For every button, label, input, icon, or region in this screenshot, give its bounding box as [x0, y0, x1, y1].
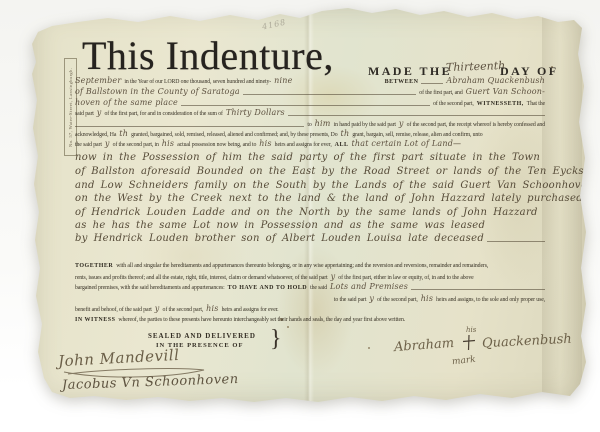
closing-brace: } — [270, 326, 282, 353]
document-line: rents, issues and profits thereof; and a… — [75, 273, 545, 282]
blank-fill-rule — [181, 104, 430, 106]
handwritten-text: th — [341, 130, 350, 139]
printed-text: in hand paid by the said part — [334, 122, 396, 128]
handwritten-text: y — [331, 273, 336, 282]
document-line: now in the Possession of him the said pa… — [75, 152, 545, 163]
printed-caps-text: TOGETHER — [75, 263, 113, 270]
spacer — [75, 300, 331, 301]
handwritten-text: him — [315, 120, 331, 129]
grantor-his-label: his — [466, 326, 476, 334]
handwritten-text: now in the Possession of him the said pa… — [75, 152, 540, 163]
printed-text: heirs and assigns for ever, — [275, 142, 332, 148]
printed-text: of the second part, — [163, 307, 204, 313]
printed-text: of the second part, the receipt whereof … — [407, 122, 545, 128]
document-line: to the said partyof the second part,hish… — [75, 295, 545, 304]
document-line: Septemberin the Year of our LORD one tho… — [75, 77, 545, 86]
handwritten-text: by Hendrick Louden brother son of Albert… — [75, 233, 484, 244]
document-line: the said partyof the second part, inhisa… — [75, 140, 545, 149]
pencil-annotation: 4168 — [261, 18, 287, 32]
printed-text: grant, bargain, sell, remise, release, a… — [352, 132, 482, 138]
grantor-first-name: Abraham — [394, 336, 455, 355]
ink-speck — [287, 326, 289, 328]
document-line: IN WITNESSwhereof, the parties to these … — [75, 317, 545, 324]
document-line: on the West by the Creek next to the lan… — [75, 193, 545, 204]
handwritten-text: y — [369, 295, 374, 304]
grantor-signature-block: Abraham his mark Quackenbush — [390, 324, 570, 372]
grantor-last-name: Quackenbush — [482, 332, 572, 352]
document-line: bargained premises, with the said heredi… — [75, 283, 545, 292]
blank-fill-rule — [75, 125, 304, 127]
blank-fill-rule — [421, 82, 443, 84]
printed-text: of the second part, — [377, 297, 418, 303]
document-line: TOGETHERwith all and singular the heredi… — [75, 263, 545, 270]
handwritten-text: of Ballstown in the County of Saratoga — [75, 88, 240, 97]
document-line: said partyof the first part, for and in … — [75, 109, 545, 118]
blank-fill-rule — [411, 288, 545, 290]
printed-text: the said part — [75, 142, 102, 148]
printed-text: of the first part, for and in considerat… — [105, 111, 223, 117]
printed-text: granted, bargained, sold, remised, relea… — [131, 132, 337, 138]
printed-text: said part — [75, 111, 94, 117]
document-line: hoven of the same placeof the second par… — [75, 99, 545, 108]
handwritten-day: Thirteenth — [446, 59, 506, 74]
handwritten-text: nine — [274, 77, 292, 86]
printed-text: whereof, the parties to these presents h… — [118, 317, 405, 323]
printed-text: of the first part, either in law or equi… — [338, 275, 473, 281]
handwritten-text: as he has the same Lot now in Possession… — [75, 220, 485, 231]
grantor-mark-cross-icon — [462, 334, 476, 352]
document-line: tohimin hand paid by the said partyof th… — [75, 120, 545, 129]
handwritten-text: September — [75, 77, 121, 86]
photo-of-indenture-document: { "colors":{"paper":"#e8e4cb","print_ink… — [0, 0, 600, 432]
printed-text: of the second part, in — [113, 142, 159, 148]
printed-text: actual possession now being, and to — [177, 142, 256, 148]
document-title: This Indenture, — [82, 36, 334, 76]
printed-text: benefit and behoof, of the said part — [75, 307, 152, 313]
printed-text: of the second part, — [433, 101, 474, 107]
printed-text: in the Year of our LORD one thousand, se… — [124, 79, 271, 85]
spacer — [296, 82, 382, 83]
printed-caps-text: ALL — [335, 142, 349, 149]
document-paper: 4168 No. 57, Water-Street, Lansingburgh.… — [30, 6, 588, 404]
ink-speck — [368, 347, 370, 349]
blank-fill-rule — [243, 93, 416, 95]
printed-text: That the — [527, 101, 545, 107]
printed-caps-text: BETWEEN — [385, 79, 419, 86]
handwritten-text: Abraham Quackenbush — [446, 77, 545, 86]
handwritten-text: y — [155, 305, 160, 314]
document-paper-wrapper: 4168 No. 57, Water-Street, Lansingburgh.… — [30, 6, 588, 404]
printed-text: with all and singular the hereditaments … — [116, 263, 488, 269]
printed-caps-text: IN WITNESS — [75, 317, 115, 324]
printed-text: to — [307, 122, 311, 128]
handwritten-text: and Low Schneiders family on the South b… — [75, 180, 594, 191]
document-line: by Hendrick Louden brother son of Albert… — [75, 233, 545, 244]
handwritten-text: Guert Van Schoon- — [466, 88, 545, 97]
document-line: acknowledged, Hathgranted, bargained, so… — [75, 130, 545, 139]
grantor-mark-label: mark — [452, 355, 477, 367]
handwritten-text: his — [259, 140, 271, 149]
handwritten-text: y — [105, 140, 110, 149]
printed-text: acknowledged, Ha — [75, 132, 116, 138]
document-line: of Ballstown in the County of Saratogaof… — [75, 88, 545, 97]
printed-text: bargained premises, with the said heredi… — [75, 285, 225, 291]
document-line: as he has the same Lot now in Possession… — [75, 220, 545, 231]
handwritten-text: hoven of the same place — [75, 99, 178, 108]
handwritten-text: on the West by the Creek next to the lan… — [75, 193, 583, 204]
printed-text: rents, issues and profits thereof; and a… — [75, 275, 328, 281]
handwritten-text: y — [97, 109, 102, 118]
handwritten-text: Thirty Dollars — [226, 109, 285, 118]
printed-text: to the said part — [334, 297, 366, 303]
handwritten-text: th — [119, 130, 128, 139]
printed-text: the said — [310, 285, 327, 291]
handwritten-text: y — [399, 120, 404, 129]
printed-text: heirs and assigns for ever. — [222, 307, 279, 313]
printed-caps-text: WITNESSETH, — [477, 101, 524, 108]
blank-fill-rule — [487, 240, 545, 242]
handwritten-text: of Hendrick Louden Ladde and on the Nort… — [75, 207, 538, 218]
printed-text: of the first part, and — [419, 90, 462, 96]
handwritten-text: his — [162, 140, 174, 149]
handwritten-text: his — [421, 295, 433, 304]
printed-caps-text: TO HAVE AND TO HOLD — [228, 285, 307, 292]
document-line: benefit and behoof, of the said partyof … — [75, 305, 545, 314]
blank-fill-rule — [288, 114, 545, 116]
document-line: and Low Schneiders family on the South b… — [75, 180, 545, 191]
handwritten-text: of Ballston aforesaid Bounded on the Eas… — [75, 166, 584, 177]
sealed-line-1: SEALED AND DELIVERED — [148, 332, 256, 340]
handwritten-text: his — [206, 305, 218, 314]
document-line: of Hendrick Louden Ladde and on the Nort… — [75, 207, 545, 218]
handwritten-text: that certain Lot of Land— — [352, 140, 462, 149]
document-line: of Ballston aforesaid Bounded on the Eas… — [75, 166, 545, 177]
printed-text: heirs and assigns, to the sole and only … — [436, 297, 545, 303]
handwritten-text: Lots and Premises — [330, 283, 408, 292]
